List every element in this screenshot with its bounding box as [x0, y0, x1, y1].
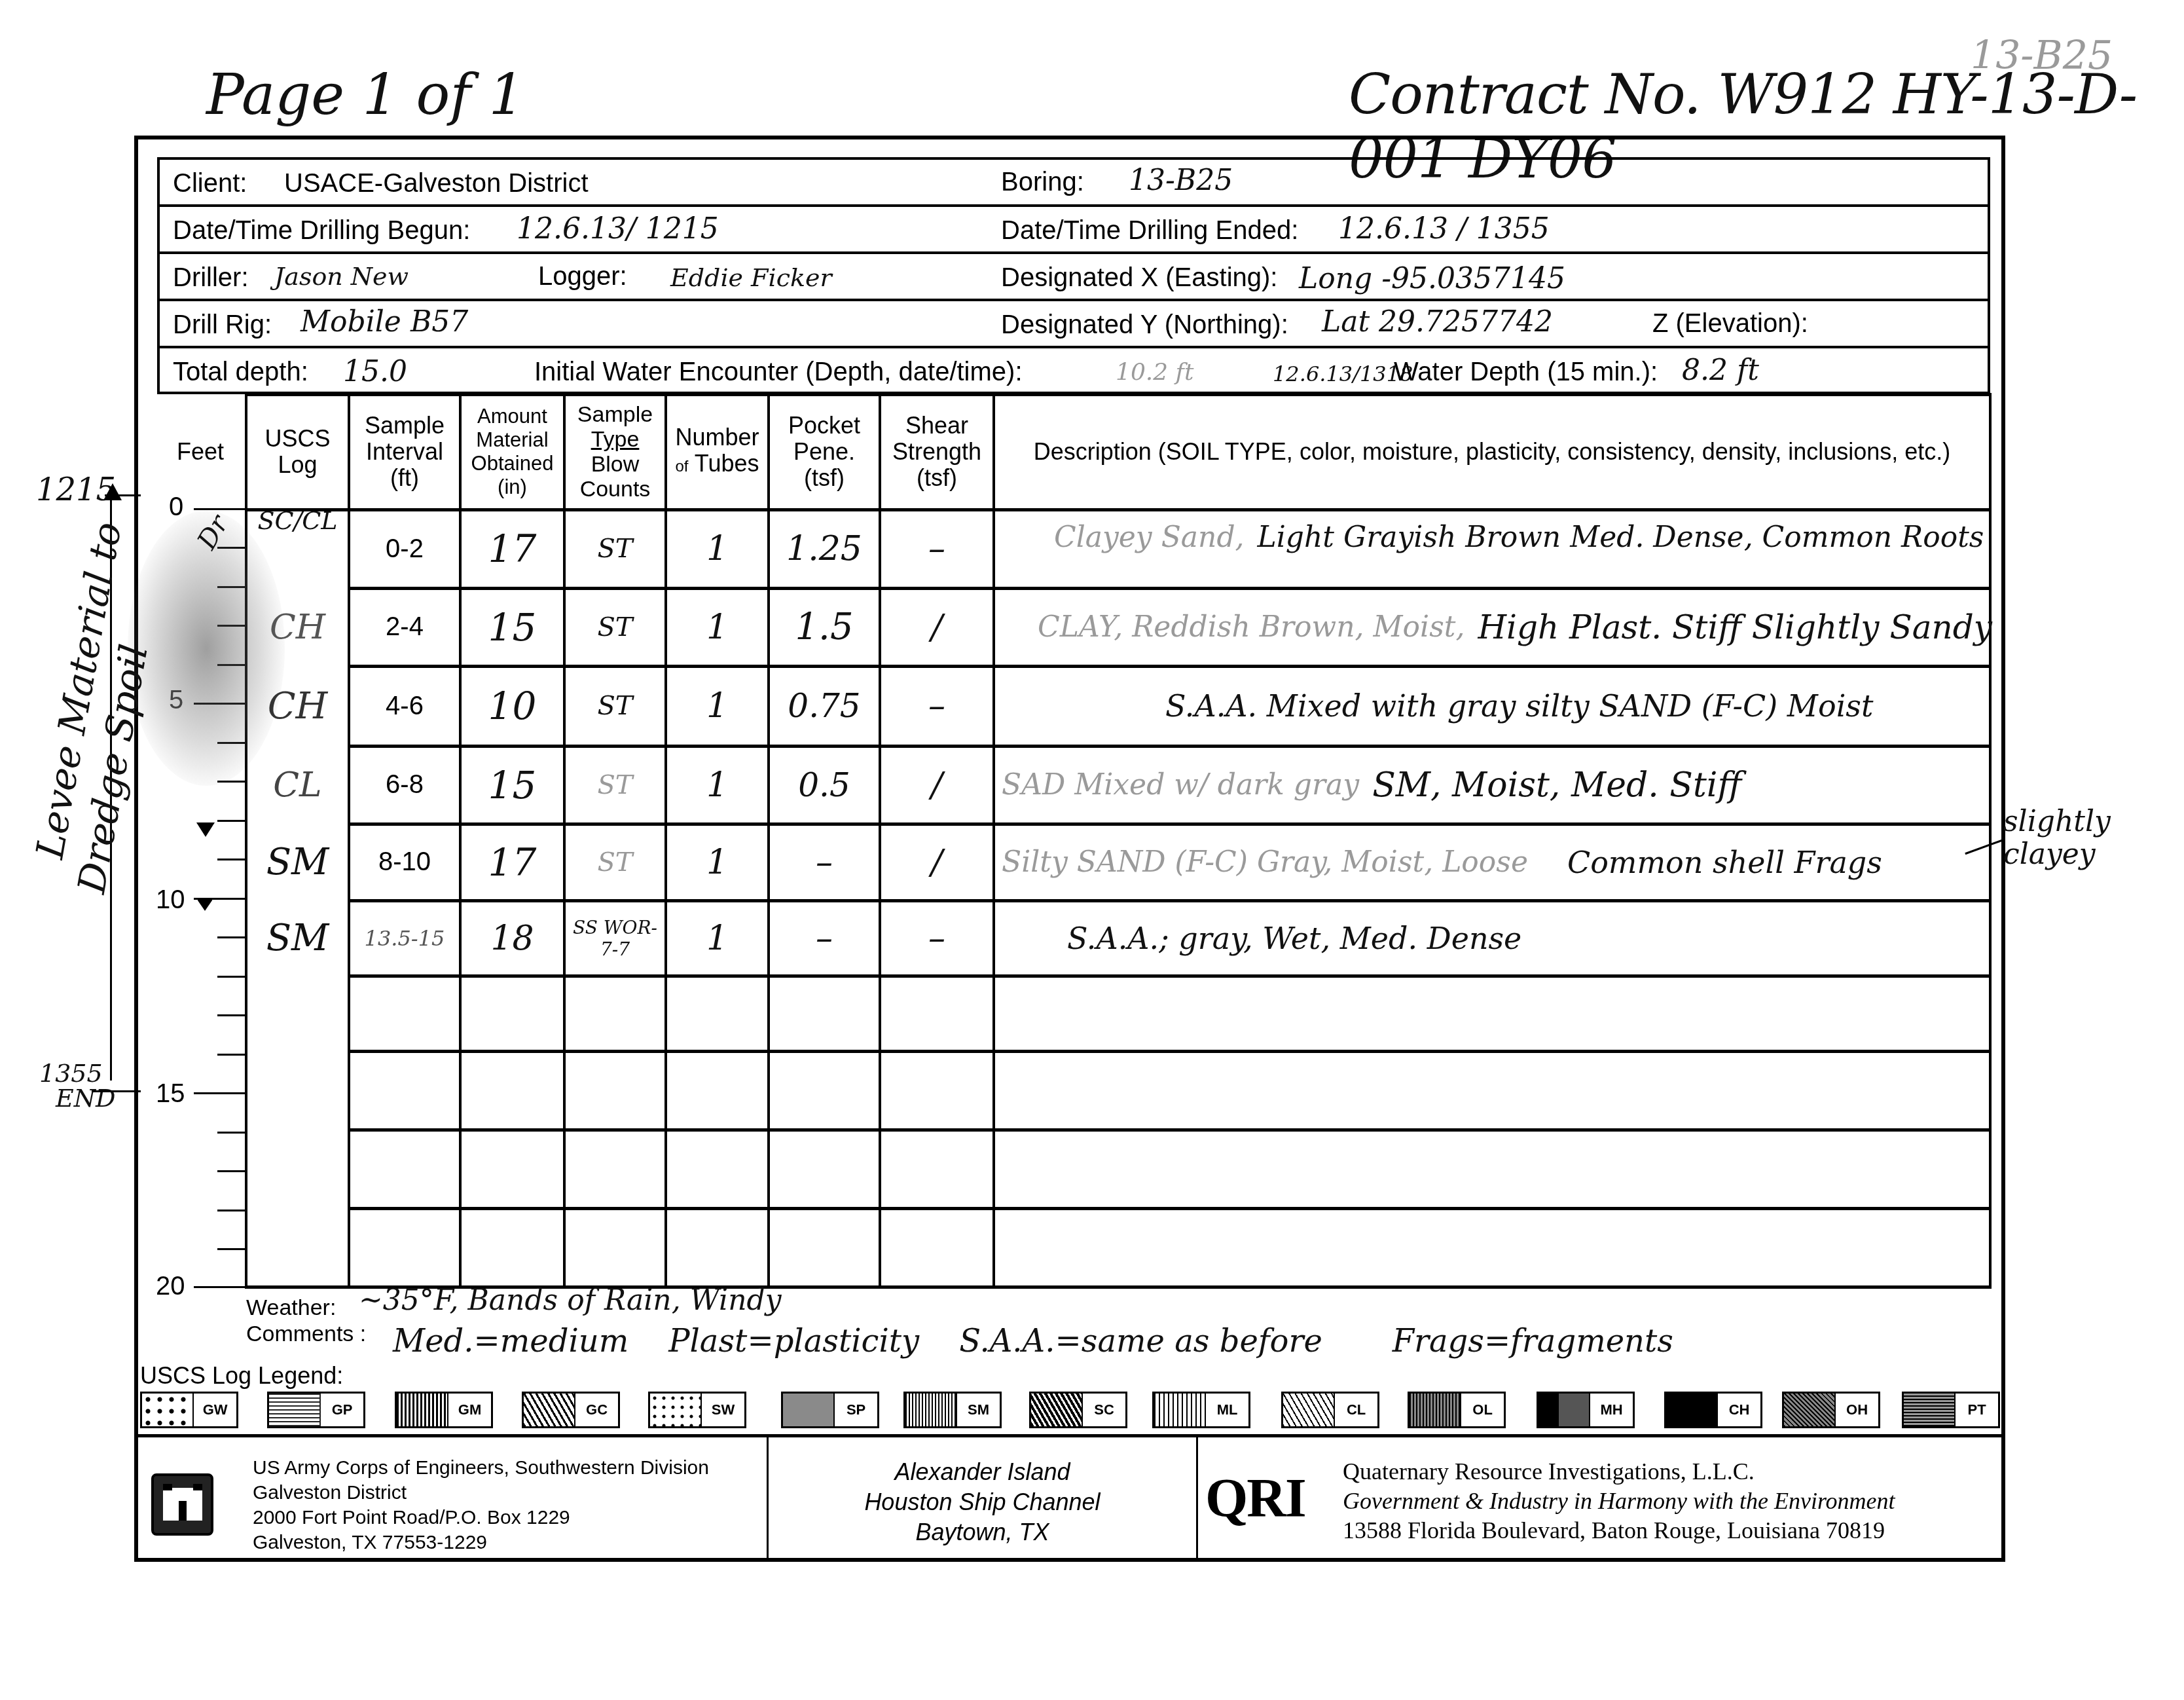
- footer: US Army Corps of Engineers, Southwestern…: [138, 1434, 2001, 1559]
- slightly-clayey-annotation: slightly clayey: [2003, 805, 2134, 871]
- total-depth-value: 15.0: [343, 355, 407, 388]
- row-type: ST: [566, 667, 664, 745]
- logger-label: Logger:: [538, 262, 627, 291]
- col-header-shear-line1: Shear: [905, 413, 968, 439]
- row-interval: 0-2: [350, 511, 459, 587]
- col-header-uscs-line1: USCS: [264, 426, 330, 452]
- row-pocket-pen: 1.25: [770, 511, 879, 587]
- water-level-initial-icon: [198, 898, 212, 909]
- col-header-type-line4: Counts: [580, 477, 651, 502]
- row-amount: 15: [462, 589, 563, 665]
- row-tubes: 1: [667, 667, 767, 745]
- usace-address: US Army Corps of Engineers, Southwestern…: [253, 1456, 709, 1555]
- col-header-tubes: Number of Tubes: [667, 396, 767, 508]
- row-pocket-pen: –: [770, 825, 879, 899]
- usace-line-4: Galveston, TX 77553-1229: [253, 1530, 709, 1555]
- col-header-pp-line1: Pocket: [788, 413, 860, 439]
- legend-code: OL: [1461, 1394, 1504, 1426]
- weather-label: Weather:: [246, 1295, 336, 1321]
- usace-line-1: US Army Corps of Engineers, Southwestern…: [253, 1456, 709, 1481]
- legend-item-oh: OH: [1782, 1392, 1880, 1428]
- legend-code: OH: [1836, 1394, 1878, 1426]
- row-shear: –: [881, 902, 992, 974]
- col-header-shear-line3: (tsf): [917, 465, 957, 491]
- row-pocket-pen: –: [770, 902, 879, 974]
- header-row-client: Client: USACE-Galveston District Boring:…: [160, 160, 1988, 207]
- northing-label: Designated Y (Northing):: [1001, 310, 1288, 340]
- boring-value: 13-B25: [1129, 164, 1233, 197]
- row-uscs: SM: [247, 825, 348, 899]
- header-row-rig: Drill Rig: Mobile B57 Designated Y (Nort…: [160, 301, 1988, 348]
- row-description-text: SM, Moist, Med. Stiff: [1372, 766, 1741, 805]
- legend-code: MH: [1590, 1394, 1633, 1426]
- boring-label: Boring:: [1001, 168, 1084, 197]
- legend-item-mh: MH: [1537, 1392, 1635, 1428]
- comments-value: Med.=medium Plast=plasticity S.A.A.=same…: [393, 1323, 1673, 1359]
- legend-code: GW: [194, 1394, 236, 1426]
- corner-boring-id: 13-B25: [1971, 33, 2113, 79]
- northing-value: Lat 29.7257742: [1322, 305, 1553, 339]
- row-interval: 13.5-15: [350, 902, 459, 974]
- row-tubes: 1: [667, 825, 767, 899]
- legend-code: SC: [1083, 1394, 1125, 1426]
- legend-item-cl: CL: [1281, 1392, 1379, 1428]
- end-marker-line: [92, 1090, 141, 1092]
- col-header-pp-line3: (tsf): [804, 465, 845, 491]
- water-encounter-label: Initial Water Encounter (Depth, date/tim…: [534, 358, 1023, 387]
- legend-code: SP: [835, 1394, 877, 1426]
- col-header-shear-line2: Strength: [892, 439, 981, 465]
- row-description-text: Common shell Frags: [1567, 845, 1882, 880]
- row-interval: 4-6: [350, 667, 459, 745]
- legend-item-gm: GM: [395, 1392, 493, 1428]
- qri-line-3: 13588 Florida Boulevard, Baton Rouge, Lo…: [1343, 1516, 1895, 1545]
- logger-value: Eddie Ficker: [670, 263, 832, 292]
- end-time-value: 1355: [39, 1061, 115, 1086]
- row-interval: 8-10: [350, 825, 459, 899]
- row-description-faint: Silty SAND (F-C) Gray, Moist, Loose: [1002, 845, 1528, 879]
- legend-item-ml: ML: [1152, 1392, 1250, 1428]
- qri-address: Quaternary Resource Investigations, L.L.…: [1343, 1457, 1895, 1545]
- elevation-label: Z (Elevation):: [1652, 309, 1808, 339]
- col-header-description: Description (SOIL TYPE, color, moisture,…: [995, 396, 1989, 508]
- usace-castle-logo-icon: [151, 1473, 213, 1536]
- site-line-3: Baytown, TX: [769, 1517, 1196, 1547]
- legend-item-gc: GC: [522, 1392, 620, 1428]
- row-shear: /: [881, 747, 992, 822]
- col-header-interval: Sample Interval (ft): [350, 396, 459, 508]
- row-uscs: CL: [247, 747, 348, 822]
- row-type: ST: [566, 747, 664, 822]
- row-description: CLAY, Reddish Brown, Moist, High Plast. …: [1038, 589, 1992, 665]
- row-type: ST: [566, 589, 664, 665]
- row-shear: /: [881, 825, 992, 899]
- row-tubes: 1: [667, 902, 767, 974]
- driller-value: Jason New: [274, 262, 409, 291]
- header-row-dates: Date/Time Drilling Begun: 12.6.13/ 1215 …: [160, 207, 1988, 254]
- row-description-faint: CLAY, Reddish Brown, Moist,: [1038, 610, 1465, 644]
- site-line-2: Houston Ship Channel: [769, 1487, 1196, 1517]
- start-arrow-icon: [103, 483, 122, 500]
- header-row-personnel: Driller: Jason New Logger: Eddie Ficker …: [160, 254, 1988, 301]
- row-tubes: 1: [667, 511, 767, 587]
- row-amount: 18: [462, 902, 563, 974]
- row-description-text: S.A.A.; gray, Wet, Med. Dense: [1067, 921, 1521, 956]
- row-uscs: SC/CL: [247, 504, 348, 537]
- row-description: SAD Mixed w/ dark gray SM, Moist, Med. S…: [1002, 747, 1741, 822]
- header-row-depth: Total depth: 15.0 Initial Water Encounte…: [160, 348, 1988, 396]
- legend-item-ch: CH: [1664, 1392, 1762, 1428]
- client-label: Client:: [173, 169, 247, 198]
- legend-code: SM: [957, 1394, 1000, 1426]
- project-site: Alexander Island Houston Ship Channel Ba…: [769, 1457, 1196, 1547]
- feet-label-20: 20: [156, 1272, 185, 1301]
- col-header-amount: Amount Material Obtained (in): [462, 396, 563, 508]
- row-type: SS WOR-7-7: [566, 902, 664, 974]
- col-header-uscs: USCS Log: [247, 396, 348, 508]
- ended-label: Date/Time Drilling Ended:: [1001, 216, 1298, 246]
- water-encounter-depth: 10.2 ft: [1116, 359, 1193, 386]
- water-15min-value: 8.2 ft: [1682, 354, 1759, 387]
- legend-item-pt: PT: [1902, 1392, 2000, 1428]
- row-description: S.A.A. Mixed with gray silty SAND (F-C) …: [1165, 667, 1873, 745]
- row-interval: 2-4: [350, 589, 459, 665]
- legend-code: CH: [1718, 1394, 1760, 1426]
- row-uscs: CH: [247, 667, 348, 745]
- easting-label: Designated X (Easting):: [1001, 263, 1277, 293]
- begun-value: 12.6.13/ 1215: [517, 212, 719, 246]
- row-description-text: Light Grayish Brown Med. Dense, Common R…: [1258, 521, 1984, 554]
- row-amount: 15: [462, 747, 563, 822]
- row-uscs: SM: [247, 902, 348, 974]
- row-interval: 6-8: [350, 747, 459, 822]
- legend-item-sw: SW: [648, 1392, 746, 1428]
- col-header-type-line2: Type: [591, 427, 640, 452]
- header-info-box: Client: USACE-Galveston District Boring:…: [157, 157, 1990, 394]
- rig-label: Drill Rig:: [173, 310, 272, 340]
- comments-label: Comments :: [246, 1321, 366, 1347]
- col-header-amount-line2: Material: [476, 428, 548, 452]
- col-header-shear: Shear Strength (tsf): [881, 396, 992, 508]
- rig-value: Mobile B57: [300, 305, 468, 339]
- qri-line-1: Quaternary Resource Investigations, L.L.…: [1343, 1457, 1895, 1487]
- legend-code: GM: [448, 1394, 491, 1426]
- total-depth-label: Total depth:: [173, 358, 308, 387]
- site-line-1: Alexander Island: [769, 1457, 1196, 1487]
- row-tubes: 1: [667, 589, 767, 665]
- row-description-faint: SAD Mixed w/ dark gray: [1002, 768, 1359, 802]
- feet-label-15: 15: [156, 1079, 185, 1109]
- page-number-annotation: Page 1 of 1: [206, 62, 524, 128]
- col-header-interval-line1: Sample: [365, 413, 445, 439]
- footer-divider-2: [1196, 1437, 1198, 1562]
- weather-value: ~35°F, Bands of Rain, Windy: [359, 1284, 782, 1317]
- end-time-annotation: 1355 END: [39, 1061, 115, 1111]
- legend-code: PT: [1956, 1394, 1998, 1426]
- row-shear: –: [881, 667, 992, 745]
- usace-line-2: Galveston District: [253, 1481, 709, 1506]
- client-value: USACE-Galveston District: [284, 169, 589, 198]
- row-amount: 10: [462, 667, 563, 745]
- driller-label: Driller:: [173, 263, 249, 293]
- legend-item-ol: OL: [1408, 1392, 1506, 1428]
- row-description: S.A.A.; gray, Wet, Med. Dense: [1067, 902, 1521, 974]
- col-header-uscs-line2: Log: [278, 452, 317, 478]
- water-encounter-time: 12.6.13/1318: [1273, 361, 1413, 386]
- col-header-tubes-line2: Tubes: [695, 450, 759, 477]
- row-shear: –: [881, 511, 992, 587]
- row-pocket-pen: 0.75: [770, 667, 879, 745]
- legend-code: GC: [575, 1394, 618, 1426]
- water-15min-label: Water Depth (15 min.):: [1394, 358, 1658, 387]
- row-amount: 17: [462, 511, 563, 587]
- legend-code: ML: [1206, 1394, 1248, 1426]
- legend-item-sm: SM: [903, 1392, 1002, 1428]
- row-tubes: 1: [667, 747, 767, 822]
- legend-code: GP: [321, 1394, 363, 1426]
- easting-value: Long -95.0357145: [1299, 262, 1565, 295]
- legend-item-sp: SP: [781, 1392, 879, 1428]
- row-type: ST: [566, 511, 664, 587]
- row-shear: /: [881, 589, 992, 665]
- col-header-tubes-of: of: [675, 458, 688, 475]
- row-description-text: High Plast. Stiff Slightly Sandy: [1478, 608, 1992, 646]
- ended-value: 12.6.13 / 1355: [1338, 212, 1550, 246]
- qri-line-2: Government & Industry in Harmony with th…: [1343, 1487, 1895, 1516]
- col-header-type-line1: Sample: [577, 402, 653, 427]
- legend-item-gw: GW: [140, 1392, 238, 1428]
- col-header-feet: Feet: [156, 396, 245, 508]
- row-description: Silty SAND (F-C) Gray, Moist, Loose Comm…: [1002, 825, 1882, 899]
- legend-item-gp: GP: [267, 1392, 365, 1428]
- feet-label-10: 10: [156, 885, 185, 915]
- col-header-amount-line4: (in): [498, 475, 527, 499]
- col-header-amount-line1: Amount: [477, 405, 547, 428]
- row-uscs: CH: [247, 589, 348, 665]
- row-description-text: S.A.A. Mixed with gray silty SAND (F-C) …: [1165, 688, 1873, 724]
- col-header-interval-line2: Interval: [366, 439, 443, 465]
- col-header-sample-type: Sample Type Blow Counts: [566, 396, 664, 508]
- col-header-interval-line3: (ft): [390, 465, 419, 491]
- col-header-amount-line3: Obtained: [471, 452, 554, 475]
- col-header-tubes-line1: Number: [675, 424, 759, 451]
- legend-label: USCS Log Legend:: [140, 1362, 343, 1390]
- col-header-pocket-pen: Pocket Pene. (tsf): [770, 396, 879, 508]
- col-header-pp-line2: Pene.: [793, 439, 855, 465]
- usace-line-3: 2000 Fort Point Road/P.O. Box 1229: [253, 1506, 709, 1530]
- row-pocket-pen: 0.5: [770, 747, 879, 822]
- end-label: END: [39, 1086, 115, 1111]
- row-description: Clayey Sand, Light Grayish Brown Med. De…: [1054, 511, 1984, 563]
- qri-logo: QRI: [1205, 1467, 1305, 1530]
- begun-label: Date/Time Drilling Begun:: [173, 216, 470, 246]
- legend-code: CL: [1335, 1394, 1377, 1426]
- row-type: ST: [566, 825, 664, 899]
- row-amount: 17: [462, 825, 563, 899]
- legend-code: SW: [702, 1394, 744, 1426]
- row-description-faint: Clayey Sand,: [1054, 521, 1245, 554]
- water-level-15min-icon: [196, 822, 215, 837]
- legend-item-sc: SC: [1029, 1392, 1127, 1428]
- col-header-type-line3: Blow: [591, 452, 640, 477]
- row-pocket-pen: 1.5: [770, 589, 879, 665]
